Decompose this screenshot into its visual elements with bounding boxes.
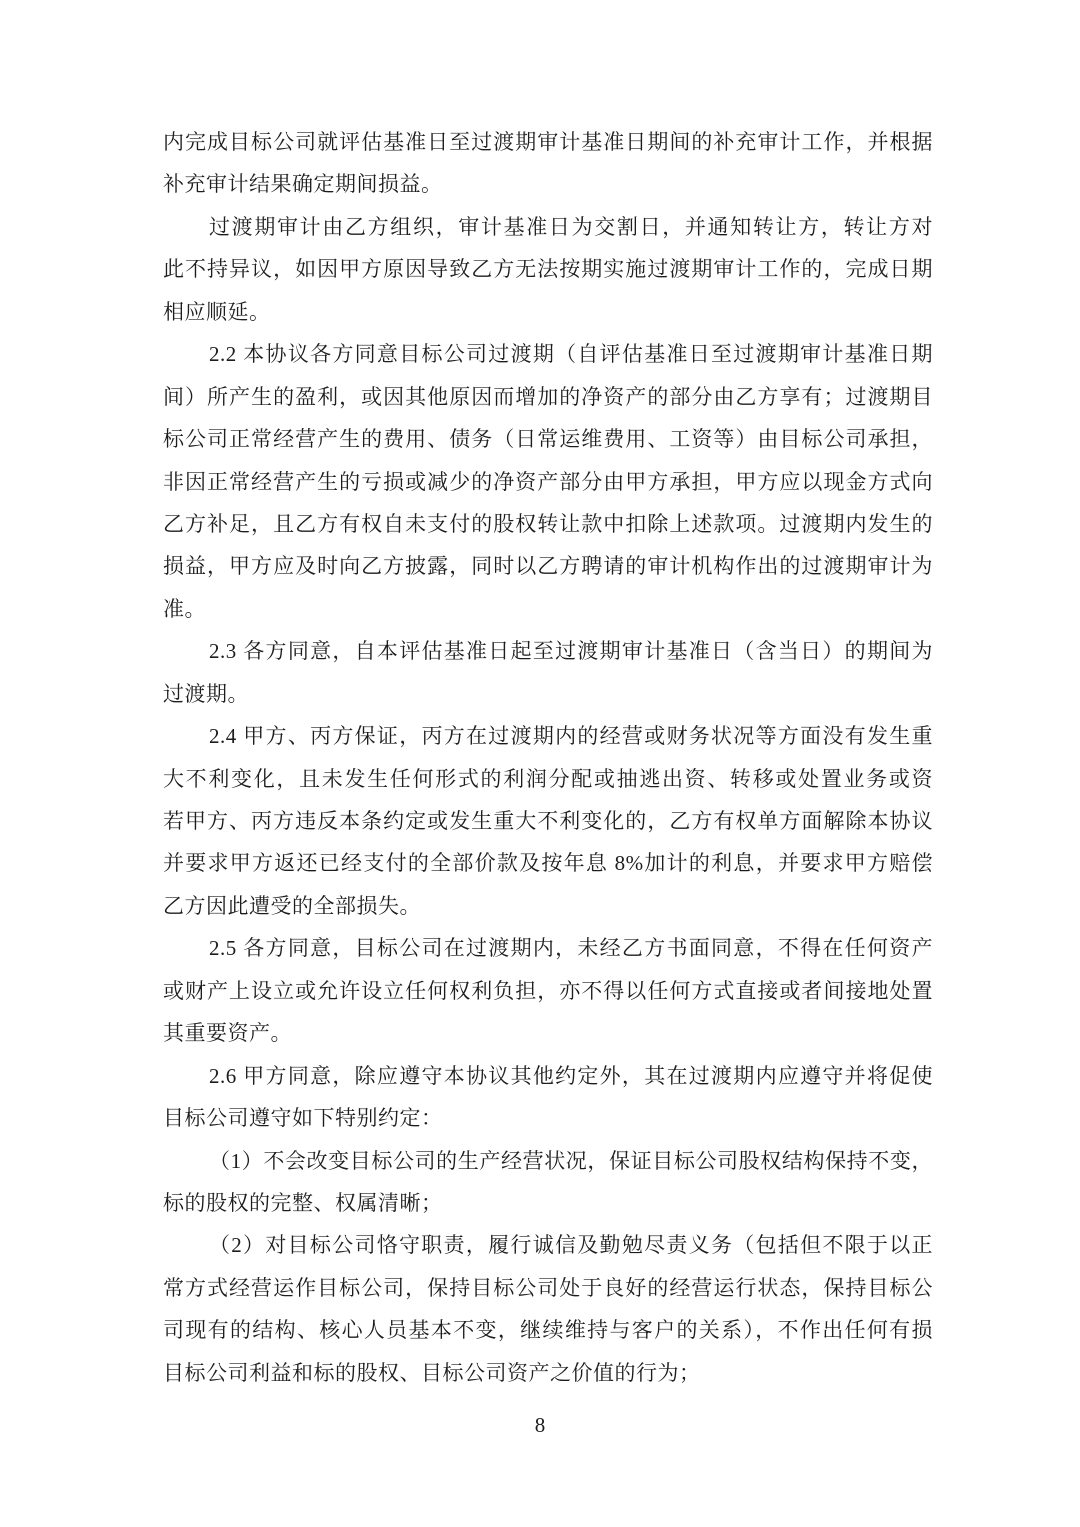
text-line: 2.6 甲方同意，除应遵守本协议其他约定外，其在过渡期内应遵守并将促使 <box>163 1055 933 1097</box>
text-line: 或财产上设立或允许设立任何权利负担，亦不得以任何方式直接或者间接地处置 <box>163 970 933 1012</box>
paragraph-clause-2-6: 2.6 甲方同意，除应遵守本协议其他约定外，其在过渡期内应遵守并将促使目标公司遵… <box>163 1055 933 1140</box>
contract-text-block: 内完成目标公司就评估基准日至过渡期审计基准日期间的补充审计工作，并根据补充审计结… <box>163 121 933 1394</box>
paragraph-transition-period-audit: 过渡期审计由乙方组织，审计基准日为交割日，并通知转让方，转让方对此不持异议，如因… <box>163 206 933 333</box>
text-line: 过渡期。 <box>163 673 933 715</box>
paragraph-clause-2-4: 2.4 甲方、丙方保证，丙方在过渡期内的经营或财务状况等方面没有发生重大不利变化… <box>163 715 933 927</box>
text-line: 2.2 本协议各方同意目标公司过渡期（自评估基准日至过渡期审计基准日期 <box>163 333 933 375</box>
text-line: 损益，甲方应及时向乙方披露，同时以乙方聘请的审计机构作出的过渡期审计为 <box>163 545 933 587</box>
text-line: 并要求甲方返还已经支付的全部价款及按年息 8%加计的利息，并要求甲方赔偿 <box>163 842 933 884</box>
paragraph-clause-2-5: 2.5 各方同意，目标公司在过渡期内，未经乙方书面同意，不得在任何资产或财产上设… <box>163 927 933 1054</box>
paragraph-clause-2-2: 2.2 本协议各方同意目标公司过渡期（自评估基准日至过渡期审计基准日期间）所产生… <box>163 333 933 630</box>
paragraph-special-covenant-item-2: （2）对目标公司恪守职责，履行诚信及勤勉尽责义务（包括但不限于以正常方式经营运作… <box>163 1224 933 1394</box>
text-line: 若甲方、丙方违反本条约定或发生重大不利变化的，乙方有权单方面解除本协议 <box>163 800 933 842</box>
page-number: 8 <box>0 1404 1080 1446</box>
text-line: 过渡期审计由乙方组织，审计基准日为交割日，并通知转让方，转让方对 <box>163 206 933 248</box>
scanned-contract-page: 内完成目标公司就评估基准日至过渡期审计基准日期间的补充审计工作，并根据补充审计结… <box>0 0 1080 1527</box>
text-line: 标公司正常经营产生的费用、债务（日常运维费用、工资等）由目标公司承担， <box>163 418 933 460</box>
paragraph-continuation-from-previous-page: 内完成目标公司就评估基准日至过渡期审计基准日期间的补充审计工作，并根据补充审计结… <box>163 121 933 206</box>
text-line: 司现有的结构、核心人员基本不变，继续维持与客户的关系），不作出任何有损 <box>163 1309 933 1351</box>
text-line: 此不持异议，如因甲方原因导致乙方无法按期实施过渡期审计工作的，完成日期 <box>163 248 933 290</box>
paragraph-clause-2-3: 2.3 各方同意，自本评估基准日起至过渡期审计基准日（含当日）的期间为过渡期。 <box>163 630 933 715</box>
text-line: 间）所产生的盈利，或因其他原因而增加的净资产的部分由乙方享有；过渡期目 <box>163 376 933 418</box>
text-line: 目标公司利益和标的股权、目标公司资产之价值的行为； <box>163 1352 933 1394</box>
text-line: 目标公司遵守如下特别约定： <box>163 1097 933 1139</box>
text-line: 乙方因此遭受的全部损失。 <box>163 885 933 927</box>
text-line: （1）不会改变目标公司的生产经营状况，保证目标公司股权结构保持不变， <box>163 1140 933 1182</box>
text-line: 补充审计结果确定期间损益。 <box>163 163 933 205</box>
text-line: 准。 <box>163 588 933 630</box>
text-line: 非因正常经营产生的亏损或减少的净资产部分由甲方承担，甲方应以现金方式向 <box>163 461 933 503</box>
text-line: 2.5 各方同意，目标公司在过渡期内，未经乙方书面同意，不得在任何资产 <box>163 927 933 969</box>
text-line: 常方式经营运作目标公司，保持目标公司处于良好的经营运行状态，保持目标公 <box>163 1267 933 1309</box>
text-line: 标的股权的完整、权属清晰； <box>163 1182 933 1224</box>
text-line: 相应顺延。 <box>163 291 933 333</box>
text-line: （2）对目标公司恪守职责，履行诚信及勤勉尽责义务（包括但不限于以正 <box>163 1224 933 1266</box>
text-line: 内完成目标公司就评估基准日至过渡期审计基准日期间的补充审计工作，并根据 <box>163 121 933 163</box>
text-line: 其重要资产。 <box>163 1012 933 1054</box>
text-line: 乙方补足，且乙方有权自未支付的股权转让款中扣除上述款项。过渡期内发生的 <box>163 503 933 545</box>
text-line: 2.3 各方同意，自本评估基准日起至过渡期审计基准日（含当日）的期间为 <box>163 630 933 672</box>
paragraph-special-covenant-item-1: （1）不会改变目标公司的生产经营状况，保证目标公司股权结构保持不变，标的股权的完… <box>163 1140 933 1225</box>
text-line: 大不利变化，且未发生任何形式的利润分配或抽逃出资、转移或处置业务或资产。 <box>163 758 933 800</box>
text-line: 2.4 甲方、丙方保证，丙方在过渡期内的经营或财务状况等方面没有发生重 <box>163 715 933 757</box>
